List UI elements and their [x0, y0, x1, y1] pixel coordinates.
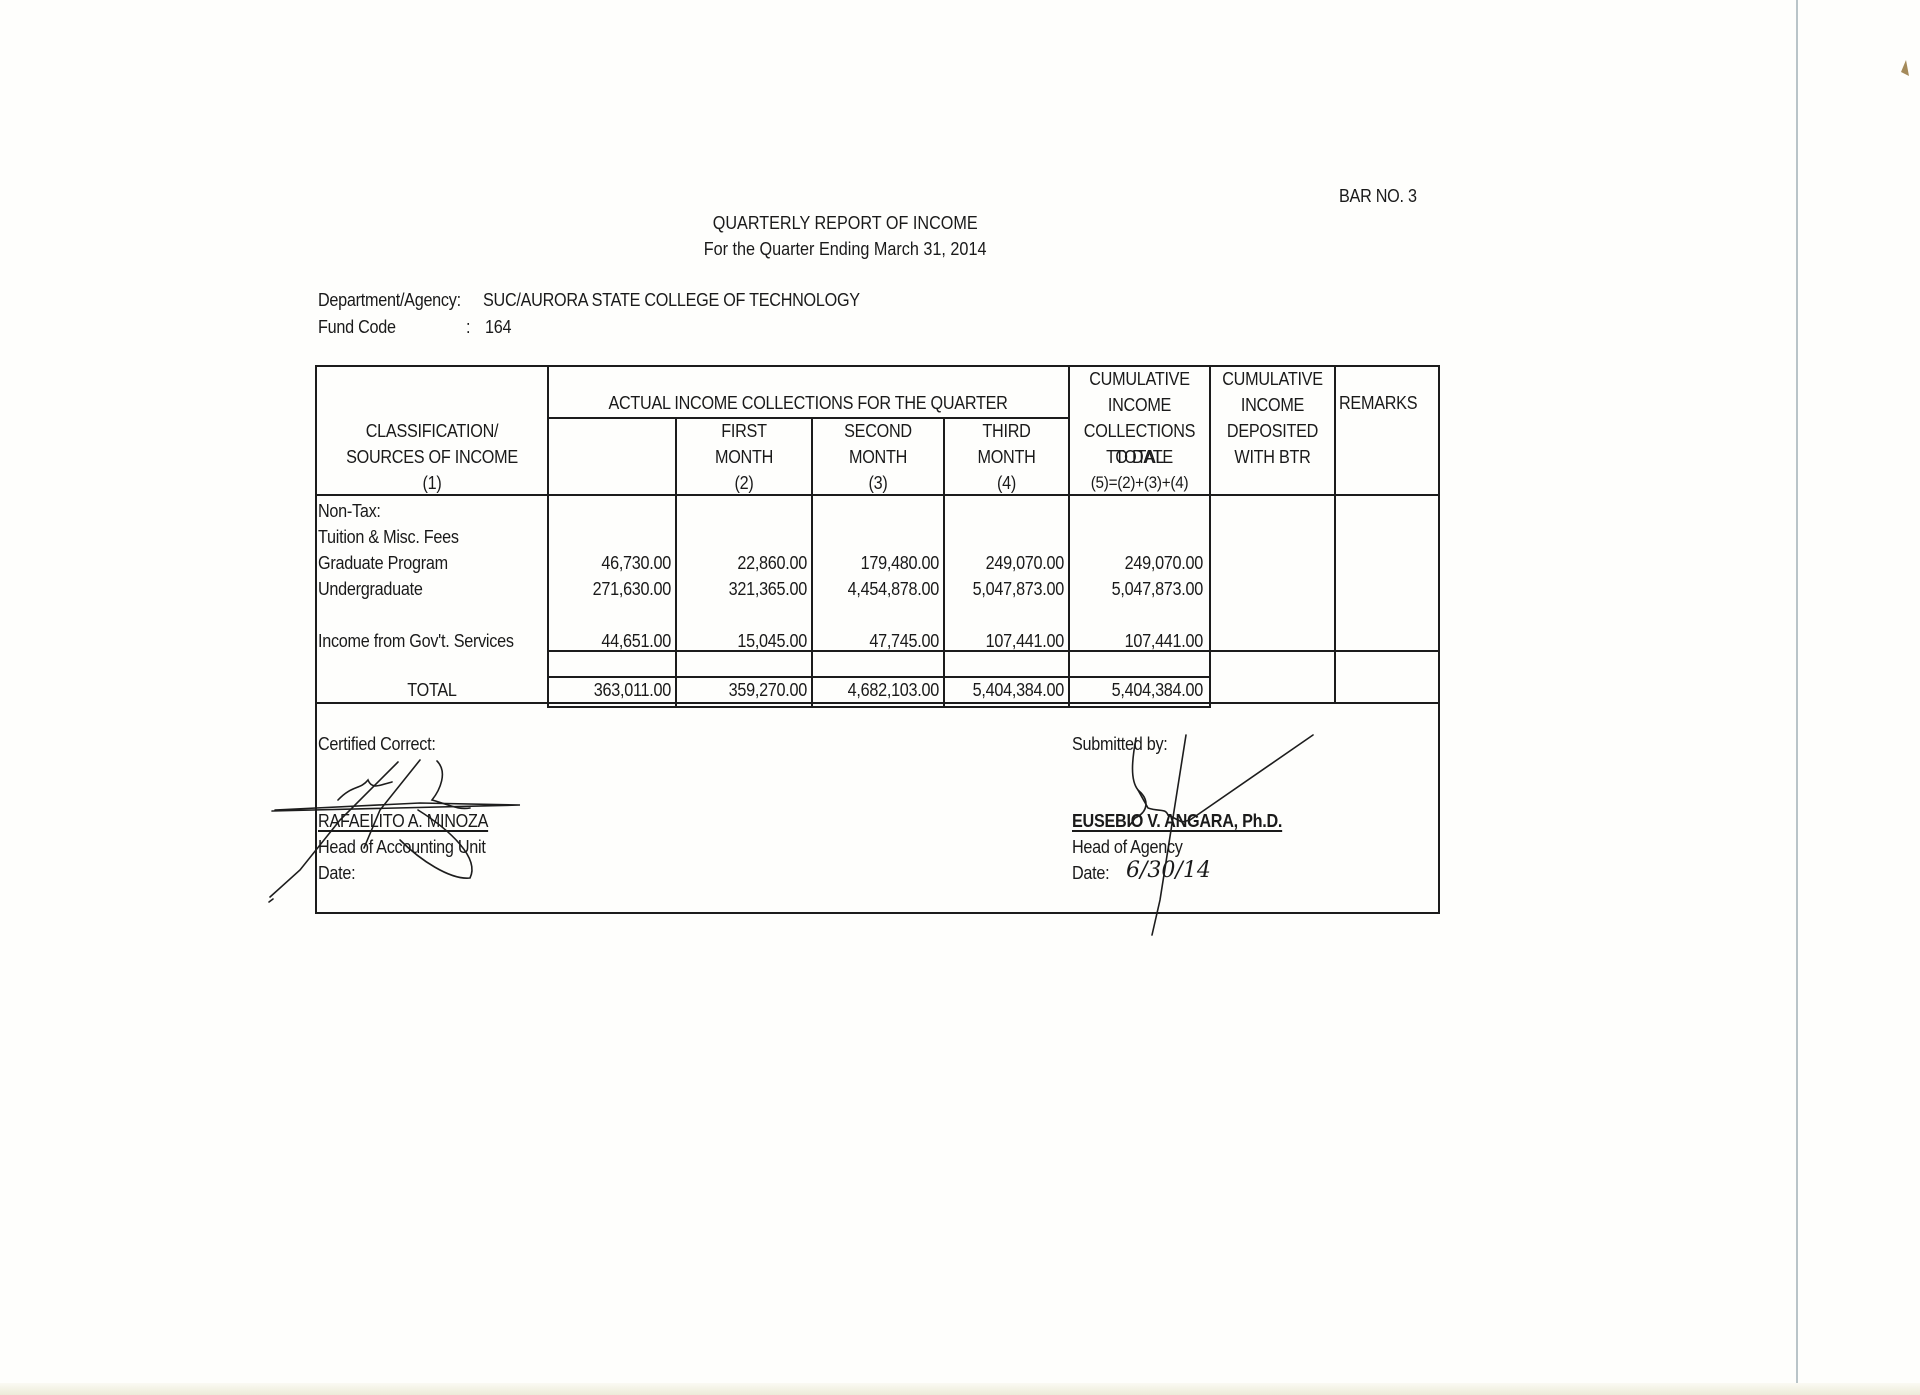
certified-date-label: Date: [318, 863, 355, 884]
header-line: (2) [684, 470, 805, 496]
row-label: Graduate Program [318, 550, 448, 576]
header-line: (5)=(2)+(3)+(4) [1077, 470, 1202, 496]
header-line: (4) [951, 470, 1062, 496]
certified-name: RAFAELITO A. MINOZA [318, 811, 488, 832]
fund-code-separator: : [466, 317, 470, 338]
header-line: MONTH [820, 444, 937, 470]
header-line: COLLECTIONS [1077, 418, 1202, 444]
form-number: BAR NO. 3 [1339, 186, 1417, 207]
header-line: THIRD [951, 418, 1062, 444]
header-line: WITH BTR [1217, 444, 1328, 470]
row-label: Non-Tax: [318, 498, 381, 524]
scan-edge [0, 1383, 1920, 1395]
fund-code-label: Fund Code [318, 317, 396, 338]
header-line: SOURCES OF INCOME [329, 444, 536, 470]
report-subtitle: For the Quarter Ending March 31, 2014 [645, 239, 1045, 260]
col-header-third-month: THIRD MONTH (4) [945, 418, 1068, 496]
col-header-second-month: SECOND MONTH (3) [813, 418, 943, 496]
col-header-cumulative-collections: CUMULATIVE INCOME COLLECTIONS TO DATE [1070, 366, 1209, 470]
cell-value: 107,441.00 [1077, 628, 1203, 654]
certified-heading: Certified Correct: [318, 734, 436, 755]
col-header-remarks: REMARKS [1339, 393, 1417, 414]
header-line: TO DATE [1077, 444, 1202, 470]
total-value: 363,011.00 [545, 677, 671, 703]
header-line: (3) [820, 470, 937, 496]
agency-value: SUC/AURORA STATE COLLEGE OF TECHNOLOGY [483, 290, 860, 311]
submitted-name: EUSEBIO V. ANGARA, Ph.D. [1072, 811, 1282, 832]
col-header-first-month: FIRST MONTH (2) [677, 418, 811, 496]
cell-value: 4,454,878.00 [813, 576, 939, 602]
cell-value: 107,441.00 [938, 628, 1064, 654]
cell-value: 5,047,873.00 [1077, 576, 1203, 602]
header-line: CUMULATIVE [1077, 366, 1202, 392]
header-line: DEPOSITED [1217, 418, 1328, 444]
header-line: MONTH [951, 444, 1062, 470]
row-label: Income from Gov't. Services [318, 628, 514, 654]
header-line: INCOME [1077, 392, 1202, 418]
total-value: 359,270.00 [681, 677, 807, 703]
col-header-cumulative-deposited: CUMULATIVE INCOME DEPOSITED WITH BTR [1211, 366, 1334, 470]
header-line: CUMULATIVE [1217, 366, 1328, 392]
fund-code-value: 164 [485, 317, 511, 338]
certified-position: Head of Accounting Unit [318, 837, 486, 858]
total-value: 5,404,384.00 [1077, 677, 1203, 703]
cell-value: 46,730.00 [545, 550, 671, 576]
scan-margin-line [1796, 0, 1798, 1395]
total-value: 5,404,384.00 [938, 677, 1064, 703]
submitted-heading: Submitted by: [1072, 734, 1168, 755]
cell-value: 249,070.00 [938, 550, 1064, 576]
total-label: TOTAL [329, 677, 536, 703]
report-subtitle-text: For the Quarter Ending March 31, 2014 [704, 239, 987, 260]
cell-value: 47,745.00 [813, 628, 939, 654]
report-title: QUARTERLY REPORT OF INCOME [645, 213, 1045, 234]
header-line: FIRST [684, 418, 805, 444]
submitted-position: Head of Agency [1072, 837, 1183, 858]
report-title-text: QUARTERLY REPORT OF INCOME [713, 213, 978, 234]
cell-value: 271,630.00 [545, 576, 671, 602]
col-header-classification: CLASSIFICATION/ SOURCES OF INCOME (1) [317, 418, 547, 496]
certified-name-text: RAFAELITO A. MINOZA [318, 811, 488, 831]
header-line: CLASSIFICATION/ [329, 418, 536, 444]
row-label: Undergraduate [318, 576, 423, 602]
header-line: (1) [329, 470, 536, 496]
row-label: Tuition & Misc. Fees [318, 524, 459, 550]
agency-label: Department/Agency: [318, 290, 461, 311]
cell-value: 5,047,873.00 [938, 576, 1064, 602]
header-line: INCOME [1217, 392, 1328, 418]
submitted-date-label: Date: [1072, 863, 1109, 884]
header-line: MONTH [684, 444, 805, 470]
cell-value: 179,480.00 [813, 550, 939, 576]
total-value: 4,682,103.00 [813, 677, 939, 703]
header-line: SECOND [820, 418, 937, 444]
submitted-date-handwritten: 6/30/14 [1126, 858, 1211, 883]
cell-value: 44,651.00 [545, 628, 671, 654]
cell-value: 15,045.00 [681, 628, 807, 654]
cell-value: 22,860.00 [681, 550, 807, 576]
submitted-name-text: EUSEBIO V. ANGARA, Ph.D. [1072, 811, 1282, 831]
cell-value: 321,365.00 [681, 576, 807, 602]
cell-value: 249,070.00 [1077, 550, 1203, 576]
group-header: ACTUAL INCOME COLLECTIONS FOR THE QUARTE… [573, 393, 1043, 414]
